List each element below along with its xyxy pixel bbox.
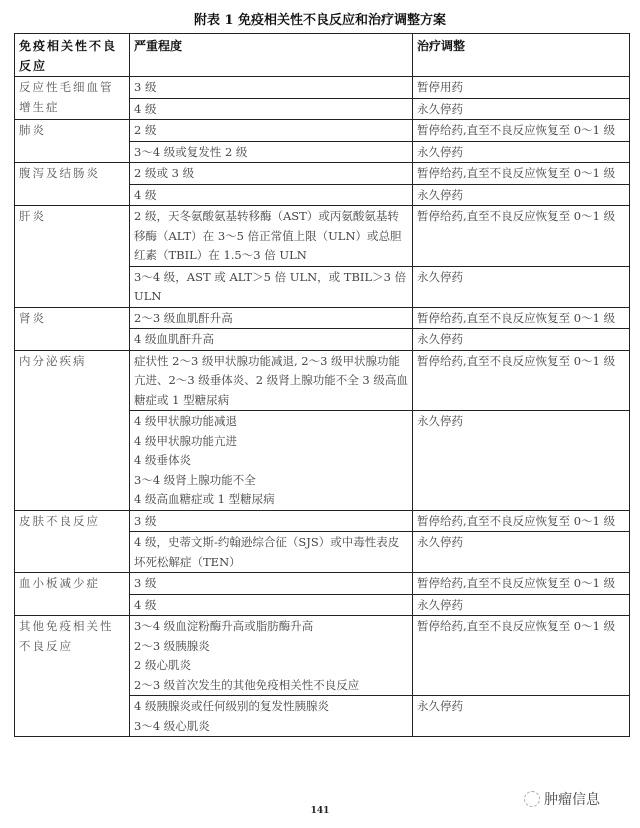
severity-line: 4 级甲状腺功能亢进 bbox=[134, 432, 408, 452]
treatment-adjustment-cell: 暂停给药,直至不良反应恢复至 0～1 级 bbox=[413, 510, 630, 532]
table-row: 其他免疫相关性不良反应3～4 级血淀粉酶升高或脂肪酶升高2～3 级胰腺炎2 级心… bbox=[15, 616, 630, 696]
treatment-adjustment-cell: 暂停给药,直至不良反应恢复至 0～1 级 bbox=[413, 206, 630, 267]
severity-cell: 3 级 bbox=[130, 510, 413, 532]
severity-cell: 3～4 级或复发性 2 级 bbox=[130, 141, 413, 163]
severity-line: 2～3 级胰腺炎 bbox=[134, 637, 408, 657]
severity-line: 3～4 级或复发性 2 级 bbox=[134, 143, 408, 163]
severity-cell: 2 级或 3 级 bbox=[130, 163, 413, 185]
table-row: 肾炎2～3 级血肌酐升高暂停给药,直至不良反应恢复至 0～1 级 bbox=[15, 307, 630, 329]
severity-line: 4 级 bbox=[134, 596, 408, 616]
severity-line: 4 级 bbox=[134, 186, 408, 206]
severity-line: 3～4 级血淀粉酶升高或脂肪酶升高 bbox=[134, 617, 408, 637]
severity-cell: 4 级 bbox=[130, 184, 413, 206]
header-adjustment: 治疗调整 bbox=[413, 34, 630, 77]
treatment-adjustment-cell: 暂停给药,直至不良反应恢复至 0～1 级 bbox=[413, 616, 630, 696]
table-row: 反应性毛细血管增生症3 级暂停用药 bbox=[15, 77, 630, 99]
severity-cell: 2 级 bbox=[130, 120, 413, 142]
severity-line: 2 级心肌炎 bbox=[134, 656, 408, 676]
severity-line: 3～4 级，AST 或 ALT＞5 倍 ULN，或 TBIL＞3 倍 ULN bbox=[134, 268, 408, 307]
severity-line: 2 级 bbox=[134, 121, 408, 141]
treatment-adjustment-cell: 暂停给药,直至不良反应恢复至 0～1 级 bbox=[413, 350, 630, 411]
header-severity: 严重程度 bbox=[130, 34, 413, 77]
severity-cell: 4 级血肌酐升高 bbox=[130, 329, 413, 351]
severity-cell: 3 级 bbox=[130, 573, 413, 595]
reaction-category: 肺炎 bbox=[15, 120, 130, 163]
severity-cell: 3～4 级血淀粉酶升高或脂肪酶升高2～3 级胰腺炎2 级心肌炎2～3 级首次发生… bbox=[130, 616, 413, 696]
severity-line: 3 级 bbox=[134, 512, 408, 532]
treatment-adjustment-cell: 暂停给药,直至不良反应恢复至 0～1 级 bbox=[413, 163, 630, 185]
severity-line: 4 级高血糖症或 1 型糖尿病 bbox=[134, 490, 408, 510]
severity-cell: 2 级，天冬氨酸氨基转移酶（AST）或丙氨酸氨基转移酶（ALT）在 3～5 倍正… bbox=[130, 206, 413, 267]
severity-line: 4 级血肌酐升高 bbox=[134, 330, 408, 350]
severity-cell: 3 级 bbox=[130, 77, 413, 99]
table-row: 腹泻及结肠炎2 级或 3 级暂停给药,直至不良反应恢复至 0～1 级 bbox=[15, 163, 630, 185]
treatment-adjustment-cell: 暂停给药,直至不良反应恢复至 0～1 级 bbox=[413, 120, 630, 142]
severity-line: 3～4 级肾上腺功能不全 bbox=[134, 471, 408, 491]
table-header-row: 免疫相关性不良反应 严重程度 治疗调整 bbox=[15, 34, 630, 77]
treatment-adjustment-cell: 永久停药 bbox=[413, 696, 630, 737]
severity-cell: 3～4 级，AST 或 ALT＞5 倍 ULN，或 TBIL＞3 倍 ULN bbox=[130, 266, 413, 307]
table-row: 血小板减少症3 级暂停给药,直至不良反应恢复至 0～1 级 bbox=[15, 573, 630, 595]
severity-line: 2 级，天冬氨酸氨基转移酶（AST）或丙氨酸氨基转移酶（ALT）在 3～5 倍正… bbox=[134, 207, 408, 266]
severity-cell: 4 级甲状腺功能减退4 级甲状腺功能亢进4 级垂体炎3～4 级肾上腺功能不全4 … bbox=[130, 411, 413, 511]
treatment-adjustment-cell: 永久停药 bbox=[413, 594, 630, 616]
treatment-adjustment-cell: 暂停给药,直至不良反应恢复至 0～1 级 bbox=[413, 573, 630, 595]
treatment-adjustment-cell: 暂停用药 bbox=[413, 77, 630, 99]
table-row: 肺炎2 级暂停给药,直至不良反应恢复至 0～1 级 bbox=[15, 120, 630, 142]
reaction-category: 皮肤不良反应 bbox=[15, 510, 130, 573]
treatment-adjustment-cell: 永久停药 bbox=[413, 411, 630, 511]
watermark-text: 肿瘤信息 bbox=[544, 789, 600, 809]
reaction-category: 肝炎 bbox=[15, 206, 130, 308]
severity-cell: 4 级 bbox=[130, 594, 413, 616]
severity-line: 3 级 bbox=[134, 574, 408, 594]
watermark: 肿瘤信息 bbox=[524, 789, 600, 809]
reaction-category: 血小板减少症 bbox=[15, 573, 130, 616]
severity-line: 4 级胰腺炎或任何级别的复发性胰腺炎 bbox=[134, 697, 408, 717]
wechat-icon bbox=[524, 791, 540, 807]
severity-cell: 2～3 级血肌酐升高 bbox=[130, 307, 413, 329]
treatment-adjustment-cell: 永久停药 bbox=[413, 184, 630, 206]
adverse-reaction-table: 免疫相关性不良反应 严重程度 治疗调整 反应性毛细血管增生症3 级暂停用药4 级… bbox=[14, 33, 630, 737]
reaction-category: 腹泻及结肠炎 bbox=[15, 163, 130, 206]
treatment-adjustment-cell: 永久停药 bbox=[413, 266, 630, 307]
reaction-category: 其他免疫相关性不良反应 bbox=[15, 616, 130, 737]
severity-line: 2～3 级首次发生的其他免疫相关性不良反应 bbox=[134, 676, 408, 696]
table-body: 反应性毛细血管增生症3 级暂停用药4 级永久停药肺炎2 级暂停给药,直至不良反应… bbox=[15, 77, 630, 737]
severity-line: 2～3 级血肌酐升高 bbox=[134, 309, 408, 329]
severity-line: 4 级 bbox=[134, 100, 408, 120]
header-reaction: 免疫相关性不良反应 bbox=[15, 34, 130, 77]
treatment-adjustment-cell: 永久停药 bbox=[413, 98, 630, 120]
treatment-adjustment-cell: 暂停给药,直至不良反应恢复至 0～1 级 bbox=[413, 307, 630, 329]
severity-cell: 4 级胰腺炎或任何级别的复发性胰腺炎3～4 级心肌炎 bbox=[130, 696, 413, 737]
severity-line: 3～4 级心肌炎 bbox=[134, 717, 408, 737]
severity-cell: 4 级，史蒂文斯-约翰逊综合征（SJS）或中毒性表皮坏死松解症（TEN） bbox=[130, 532, 413, 573]
severity-line: 症状性 2～3 级甲状腺功能减退, 2～3 级甲状腺功能亢进、2～3 级垂体炎、… bbox=[134, 352, 408, 411]
table-row: 肝炎2 级，天冬氨酸氨基转移酶（AST）或丙氨酸氨基转移酶（ALT）在 3～5 … bbox=[15, 206, 630, 267]
treatment-adjustment-cell: 永久停药 bbox=[413, 532, 630, 573]
severity-cell: 4 级 bbox=[130, 98, 413, 120]
severity-line: 2 级或 3 级 bbox=[134, 164, 408, 184]
treatment-adjustment-cell: 永久停药 bbox=[413, 329, 630, 351]
table-row: 皮肤不良反应3 级暂停给药,直至不良反应恢复至 0～1 级 bbox=[15, 510, 630, 532]
reaction-category: 反应性毛细血管增生症 bbox=[15, 77, 130, 120]
severity-line: 4 级，史蒂文斯-约翰逊综合征（SJS）或中毒性表皮坏死松解症（TEN） bbox=[134, 533, 408, 572]
severity-line: 4 级甲状腺功能减退 bbox=[134, 412, 408, 432]
table-title: 附表 1 免疫相关性不良反应和治疗调整方案 bbox=[0, 9, 640, 28]
severity-line: 3 级 bbox=[134, 78, 408, 98]
reaction-category: 肾炎 bbox=[15, 307, 130, 350]
treatment-adjustment-cell: 永久停药 bbox=[413, 141, 630, 163]
table-row: 内分泌疾病症状性 2～3 级甲状腺功能减退, 2～3 级甲状腺功能亢进、2～3 … bbox=[15, 350, 630, 411]
reaction-category: 内分泌疾病 bbox=[15, 350, 130, 510]
severity-cell: 症状性 2～3 级甲状腺功能减退, 2～3 级甲状腺功能亢进、2～3 级垂体炎、… bbox=[130, 350, 413, 411]
severity-line: 4 级垂体炎 bbox=[134, 451, 408, 471]
